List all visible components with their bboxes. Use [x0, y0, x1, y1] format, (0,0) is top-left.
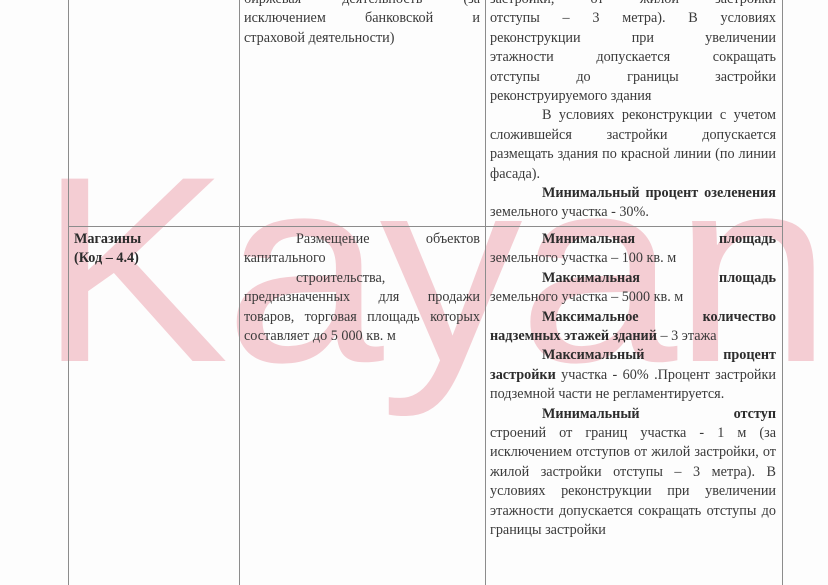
floors-value: надземных этажей зданий – 3 этажа [490, 327, 776, 346]
shops-description-cell: Размещение объектов капитального строите… [244, 230, 480, 346]
coverage-value: застройки участка - 60% .Процент застрой… [490, 366, 776, 405]
max-area-value: земельного участка – 5000 кв. м [490, 288, 776, 307]
reconstruction-note: В условиях реконструкции с учетом сложив… [490, 106, 776, 184]
coverage-label: Максимальный процент [542, 347, 776, 363]
floors-label: Максимальное количество [542, 309, 776, 325]
text-line: отступы до границы застройки [490, 68, 776, 87]
text-line: Размещение объектов [244, 230, 480, 249]
floors-count: – 3 этажа [657, 328, 717, 344]
table-column-divider [239, 0, 240, 585]
floors-heading: Максимальное количество [490, 308, 776, 327]
shops-code: (Код – 4.4) [74, 249, 234, 268]
greening-value: земельного участка - 30%. [490, 204, 649, 220]
setback-label: Минимальный отступ [542, 406, 776, 422]
text-line: капитального [244, 249, 480, 268]
prev-row-parameters: застройки, от жилой застройки отступы – … [490, 0, 776, 223]
min-area-value: земельного участка – 100 кв. м [490, 249, 776, 268]
greening-percent: Минимальный процент озеленения земельног… [490, 184, 776, 223]
text-line: реконструкции при увеличении [490, 29, 776, 48]
setback-text: строений от границ участка - 1 м (за иск… [490, 424, 776, 540]
text-line: биржевая деятельность (за [244, 0, 480, 9]
table-border-left [68, 0, 69, 585]
min-area-heading: Минимальная площадь [490, 230, 776, 249]
max-area-label: Максимальная площадь [542, 270, 776, 286]
text-line: строительства, [244, 269, 480, 288]
table-row-divider [68, 226, 783, 227]
setback-heading: Минимальный отступ [490, 405, 776, 424]
shops-name-cell: Магазины (Код – 4.4) [74, 230, 234, 269]
shops-parameters-cell: Минимальная площадь земельного участка –… [490, 230, 776, 541]
text-line: этажности допускается сокращать [490, 48, 776, 67]
min-area-label: Минимальная площадь [542, 231, 776, 247]
prev-row-description: биржевая деятельность (за исключением ба… [244, 0, 480, 48]
text-line: реконструируемого здания [490, 87, 776, 106]
text-line: отступы – 3 метра). В условиях [490, 9, 776, 28]
shops-description-text: предназначенных для продажи товаров, тор… [244, 288, 480, 346]
coverage-label-cont: застройки [490, 367, 556, 383]
greening-label: Минимальный процент озеленения [542, 185, 776, 201]
table-border-right [782, 0, 783, 585]
shops-title: Магазины [74, 230, 234, 249]
table-column-divider [485, 0, 486, 585]
text-line: исключением банковской и [244, 9, 480, 28]
max-area-heading: Максимальная площадь [490, 269, 776, 288]
text-line: застройки, от жилой застройки [490, 0, 776, 9]
floors-label-cont: надземных этажей зданий [490, 328, 657, 344]
text-line: страховой деятельности) [244, 29, 480, 48]
coverage-heading: Максимальный процент [490, 346, 776, 365]
